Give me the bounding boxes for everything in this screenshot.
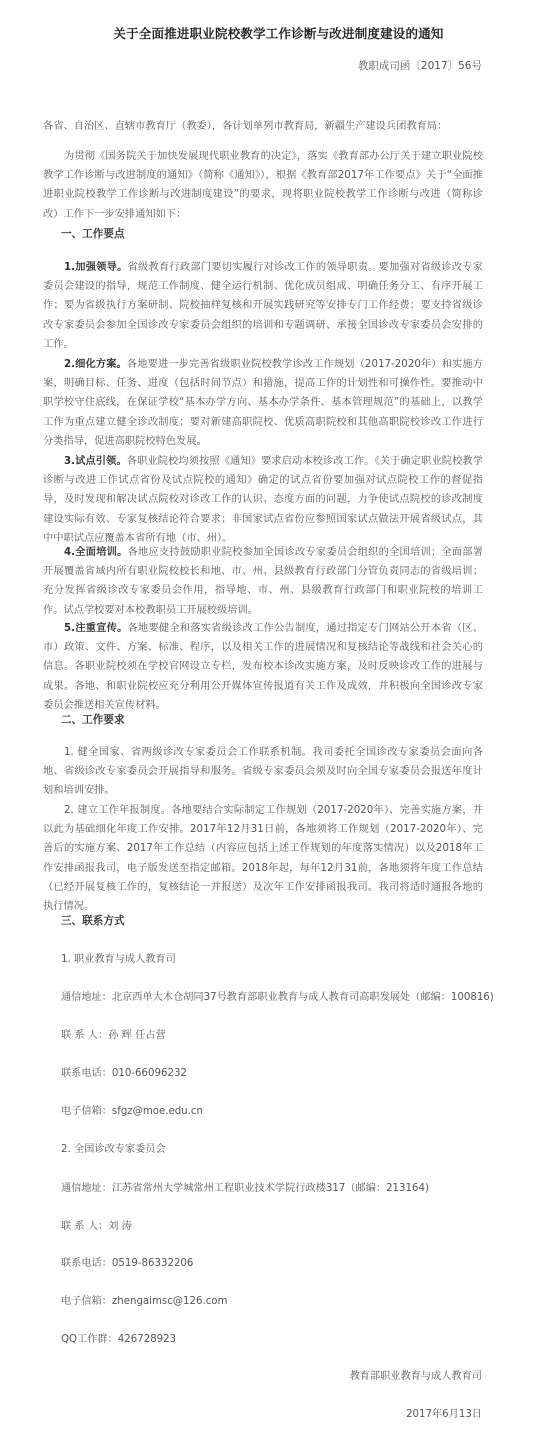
contact-org-1: 1. 职业教育与成人教育司 bbox=[61, 950, 176, 965]
work-point-lead: 1.加强领导。 bbox=[64, 262, 128, 273]
work-point-2: 2.细化方案。各地要进一步完善省级职业院校教学诊改工作规划（2017-2020年… bbox=[43, 355, 483, 451]
requirement-2: 2. 建立工作年报制度。各地要结合实际制定工作规划（2017-2020年）、完善… bbox=[43, 801, 483, 916]
work-point-text: 省级教育行政部门要切实履行对诊改工作的领导职责。要加强对省级诊改专家委员会建设的… bbox=[43, 262, 483, 350]
document-title: 关于全面推进职业院校教学工作诊断与改进制度建设的通知 bbox=[0, 24, 557, 42]
salutation: 各省、自治区、直辖市教育厅（教委），各计划单列市教育局，新疆生产建设兵团教育局： bbox=[43, 117, 483, 136]
contact-person-1: 联 系 人：孙 辉 任占营 bbox=[61, 1026, 166, 1041]
contact-address-1: 通信地址：北京西单大木仓胡同37号教育部职业教育与成人教育司高职发展处（邮编：1… bbox=[61, 988, 494, 1003]
work-point-lead: 3.试点引领。 bbox=[64, 456, 127, 467]
work-point-4: 4.全面培训。各地应支持鼓励职业院校参加全国诊改专家委员会组织的全国培训；全面部… bbox=[43, 543, 483, 620]
section-heading-3: 三、联系方式 bbox=[61, 913, 125, 928]
work-point-3: 3.试点引领。各职业院校均须按照《通知》要求启动本校诊改工作。《关于确定职业院校… bbox=[43, 452, 483, 548]
contact-address-2: 通信地址：江苏省常州大学城常州工程职业技术学院行政楼317（邮编：213164) bbox=[61, 1179, 429, 1194]
section-heading-2: 二、工作要求 bbox=[61, 712, 125, 727]
work-point-lead: 5.注重宣传。 bbox=[64, 623, 128, 634]
work-point-1: 1.加强领导。省级教育行政部门要切实履行对诊改工作的领导职责。要加强对省级诊改专… bbox=[43, 258, 483, 354]
contact-person-2: 联 系 人：刘 涛 bbox=[61, 1217, 132, 1232]
contact-qq-2: QQ工作群：426728923 bbox=[61, 1330, 176, 1345]
contact-email-2[interactable]: 电子信箱：zhengaimsc@126.com bbox=[61, 1292, 227, 1307]
contact-email-1[interactable]: 电子信箱：sfgz@moe.edu.cn bbox=[61, 1102, 203, 1117]
document-number: 教职成司函〔2017〕56号 bbox=[358, 58, 482, 73]
requirement-1: 1. 健全国家、省两级诊改专家委员会工作联系机制。我司委托全国诊改专家委员会面向… bbox=[43, 743, 483, 801]
contact-phone-1: 联系电话：010-66096232 bbox=[61, 1064, 187, 1079]
work-point-text: 各职业院校均须按照《通知》要求启动本校诊改工作。《关于确定职业院校教学诊断与改进… bbox=[43, 456, 483, 544]
work-point-lead: 2.细化方案。 bbox=[64, 359, 127, 370]
contact-phone-2: 联系电话：0519-86332206 bbox=[61, 1254, 193, 1269]
work-point-5: 5.注重宣传。各地要健全和落实省级诊改工作公告制度，通过指定专门网站公开本省（区… bbox=[43, 619, 483, 715]
document-date: 2017年6月13日 bbox=[406, 1405, 482, 1420]
section-heading-1: 一、工作要点 bbox=[61, 226, 125, 241]
work-point-lead: 4.全面培训。 bbox=[64, 547, 128, 558]
contact-org-2: 2. 全国诊改专家委员会 bbox=[61, 1140, 166, 1155]
work-point-text: 各地要健全和落实省级诊改工作公告制度，通过指定专门网站公开本省（区、市）政策、文… bbox=[43, 623, 483, 711]
work-point-text: 各地要进一步完善省级职业院校教学诊改工作规划（2017-2020年）和实施方案，… bbox=[43, 359, 483, 447]
intro-paragraph: 为贯彻《国务院关于加快发展现代职业教育的决定》，落实《教育部办公厅关于建立职业院… bbox=[43, 147, 483, 224]
signature: 教育部职业教育与成人教育司 bbox=[350, 1367, 482, 1382]
